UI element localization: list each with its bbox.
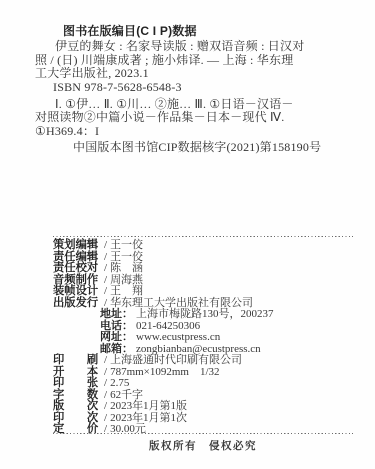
separator-slash: / (102, 354, 110, 366)
credit-value: 陈 涵 (110, 262, 143, 274)
separator-slash: / (102, 262, 110, 274)
separator-slash: / (102, 389, 110, 401)
credit-row-planning-editor: 策划编辑/王一佼 (53, 240, 358, 252)
separator-slash: / (102, 400, 110, 412)
separator-slash: / (102, 239, 110, 251)
cip-record-number: 中国版本图书馆CIP数据核字(2021)第158190号 (35, 141, 353, 154)
cip-description-line-1: 伊豆的舞女 : 名家导读版 : 赠双语音频 : 日汉对 (35, 40, 353, 53)
print-label: 印 刷 (53, 355, 102, 367)
print-row-sheets: 印 张/2.75 (53, 378, 358, 390)
cip-classification-line-3: ①H369.4：I (35, 125, 353, 138)
print-row-word-count: 字 数/62千字 (53, 390, 358, 402)
credit-value: 王一佼 (110, 239, 143, 251)
credit-row-responsible-editor: 责任编辑/王一佼 (53, 252, 358, 264)
credit-label: 责任校对 (53, 263, 102, 275)
detail-value: zongbianban@ecustpress.cn (136, 343, 261, 355)
credit-label: 出版发行 (53, 298, 102, 310)
print-value: 62千字 (110, 389, 143, 401)
print-value: 2.75 (110, 377, 129, 389)
detail-label: 电话： (100, 320, 136, 332)
separator-slash: / (102, 251, 110, 263)
cip-data-block: 图书在版编目(C I P)数据 伊豆的舞女 : 名家导读版 : 赠双语音频 : … (35, 25, 353, 155)
dotted-divider-top (53, 236, 353, 238)
colophon-block: 策划编辑/王一佼 责任编辑/王一佼 责任校对/陈 涵 音频制作/周海燕 装帧设计… (53, 240, 358, 436)
credit-value: 王 翔 (110, 285, 143, 297)
credit-row-audio-production: 音频制作/周海燕 (53, 275, 358, 287)
print-value: 上海盛通时代印刷有限公司 (110, 354, 242, 366)
detail-value: 021-64250306 (136, 320, 200, 332)
separator-slash: / (102, 412, 110, 424)
detail-label: 网址： (100, 331, 136, 343)
dotted-divider-bottom (53, 433, 353, 435)
book-copyright-page: 图书在版编目(C I P)数据 伊豆的舞女 : 名家导读版 : 赠双语音频 : … (0, 0, 375, 469)
separator-slash: / (102, 285, 110, 297)
print-row-impression: 印 次/2023年1月第1次 (53, 413, 358, 425)
publisher-address-row: 地址：上海市梅陇路130号，200237 (53, 309, 358, 321)
detail-value: www.ecustpress.cn (136, 331, 220, 343)
credit-value: 华东理工大学出版社有限公司 (110, 297, 253, 309)
print-value: 787mm×1092mm 1/32 (110, 366, 219, 378)
cip-description-line-3: 工大学出版社, 2023.1 (35, 67, 353, 80)
separator-slash: / (102, 274, 110, 286)
detail-label: 地址： (100, 308, 136, 320)
credit-row-proofreader: 责任校对/陈 涵 (53, 263, 358, 275)
credit-value: 周海燕 (110, 274, 143, 286)
print-value: 2023年1月第1次 (110, 412, 187, 424)
isbn-line: ISBN 978-7-5628-6548-3 (35, 81, 353, 94)
print-label: 印 张 (53, 378, 102, 390)
print-row-edition: 版 次/2023年1月第1版 (53, 401, 358, 413)
cip-classification-line-2: 对照读物②中篇小说－作品集－日本－现代 Ⅳ. (35, 111, 353, 124)
cip-title: 图书在版编目(C I P)数据 (35, 25, 353, 38)
credit-value: 王一佼 (110, 251, 143, 263)
separator-slash: / (102, 366, 110, 378)
separator-slash: / (102, 377, 110, 389)
print-label: 版 次 (53, 401, 102, 413)
credit-label: 装帧设计 (53, 286, 102, 298)
detail-value: 上海市梅陇路130号，200237 (136, 308, 274, 320)
separator-slash: / (102, 297, 110, 309)
copyright-notice: 版权所有 侵权必究 (53, 438, 353, 453)
print-row-format: 开 本/787mm×1092mm 1/32 (53, 367, 358, 379)
detail-label: 邮箱： (100, 343, 136, 355)
print-value: 2023年1月第1版 (110, 400, 187, 412)
credit-label: 策划编辑 (53, 240, 102, 252)
